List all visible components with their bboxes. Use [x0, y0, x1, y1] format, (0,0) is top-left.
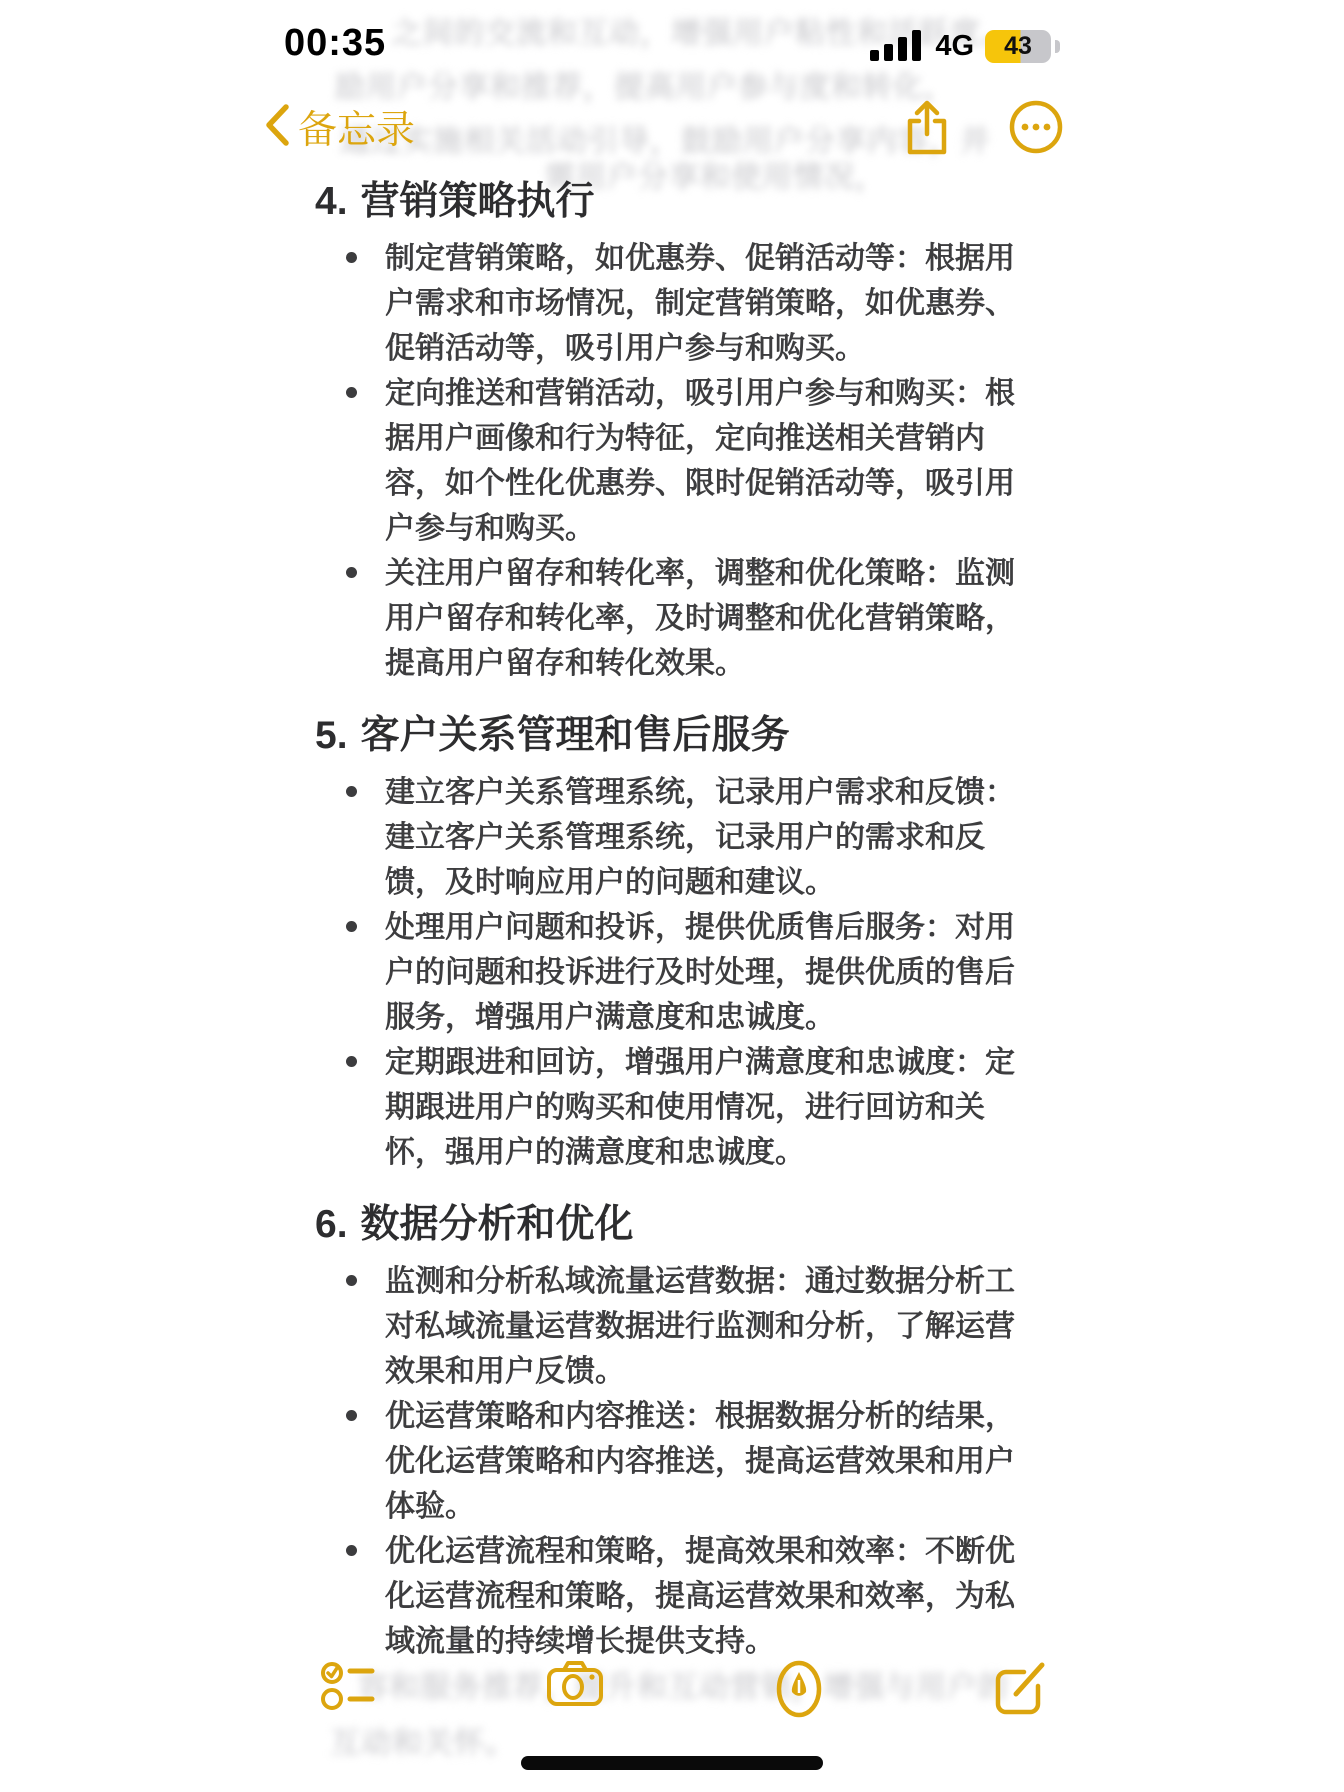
bullet-item: 制定营销策略，如优惠券、促销活动等：根据用户需求和市场情况，制定营销策略，如优惠…	[315, 236, 1021, 371]
bullet-list: 建立客户关系管理系统，记录用户需求和反馈：建立客户关系管理系统，记录用户的需求和…	[315, 770, 1021, 1175]
note-section: 5.客户关系管理和售后服务建立客户关系管理系统，记录用户需求和反馈：建立客户关系…	[315, 710, 1021, 1175]
note-section: 6.数据分析和优化监测和分析私域流量运营数据：通过数据分析工对私域流量运营数据进…	[315, 1199, 1021, 1664]
bullet-text: 监测和分析私域流量运营数据：通过数据分析工对私域流量运营数据进行监测和分析，了解…	[385, 1259, 1021, 1394]
markup-pen-icon[interactable]	[774, 1660, 824, 1723]
bullet-text: 处理用户问题和投诉，提供优质售后服务：对用户的问题和投诉进行及时处理，提供优质的…	[385, 905, 1021, 1040]
section-title: 营销策略执行	[361, 176, 595, 228]
bullet-list: 监测和分析私域流量运营数据：通过数据分析工对私域流量运营数据进行监测和分析，了解…	[315, 1259, 1021, 1664]
section-number: 6.	[315, 1199, 348, 1251]
nav-bar: 备忘录	[258, 94, 1086, 160]
note-section: 4.营销策略执行制定营销策略，如优惠券、促销活动等：根据用户需求和市场情况，制定…	[315, 176, 1021, 686]
bullet-item: 定向推送和营销活动，吸引用户参与和购买：根据用户画像和行为特征，定向推送相关营销…	[315, 371, 1021, 551]
network-type-label: 4G	[935, 30, 974, 63]
chevron-left-icon	[264, 103, 290, 152]
bullet-item: 监测和分析私域流量运营数据：通过数据分析工对私域流量运营数据进行监测和分析，了解…	[315, 1259, 1021, 1394]
bullet-text: 制定营销策略，如优惠券、促销活动等：根据用户需求和市场情况，制定营销策略，如优惠…	[385, 236, 1021, 371]
section-number: 4.	[315, 176, 348, 228]
clock-time: 00:35	[284, 22, 386, 65]
bullet-item: 关注用户留存和转化率，调整和优化策略：监测用户留存和转化率，及时调整和优化营销策…	[315, 551, 1021, 686]
bullet-text: 定期跟进和回访，增强用户满意度和忠诚度：定期跟进用户的购买和使用情况，进行回访和…	[385, 1040, 1021, 1175]
bullet-dot-icon	[346, 921, 357, 932]
bullet-dot-icon	[346, 1056, 357, 1067]
bullet-item: 优运营策略和内容推送：根据数据分析的结果，优化运营策略和内容推送，提高运营效果和…	[315, 1394, 1021, 1529]
bullet-item: 优化运营流程和策略，提高效果和效率：不断优化运营流程和策略，提高运营效果和效率，…	[315, 1529, 1021, 1664]
back-button[interactable]: 备忘录	[264, 99, 415, 155]
ellipsis-circle-icon[interactable]	[1008, 99, 1064, 155]
note-body[interactable]: 4.营销策略执行制定营销策略，如优惠券、促销活动等：根据用户需求和市场情况，制定…	[315, 176, 1021, 1664]
section-heading: 5.客户关系管理和售后服务	[315, 710, 1021, 762]
home-indicator[interactable]	[521, 1756, 823, 1770]
bullet-text: 定向推送和营销活动，吸引用户参与和购买：根据用户画像和行为特征，定向推送相关营销…	[385, 371, 1021, 551]
share-icon[interactable]	[904, 98, 950, 156]
section-heading: 4.营销策略执行	[315, 176, 1021, 228]
phone-screen: 之间的交流和互动，增强用户粘性和活跃度。 励用户分享和推荐，提高用户参与度和转化…	[258, 0, 1086, 1792]
status-bar: 00:35 4G 43	[258, 20, 1086, 68]
section-title: 数据分析和优化	[361, 1199, 634, 1251]
bullet-dot-icon	[346, 1275, 357, 1286]
camera-icon[interactable]	[546, 1660, 604, 1713]
section-heading: 6.数据分析和优化	[315, 1199, 1021, 1251]
bullet-item: 建立客户关系管理系统，记录用户需求和反馈：建立客户关系管理系统，记录用户的需求和…	[315, 770, 1021, 905]
signal-bars-icon	[870, 26, 924, 67]
back-button-label: 备忘录	[298, 99, 415, 155]
battery-icon: 43	[985, 30, 1051, 63]
battery-nub	[1055, 40, 1060, 53]
checklist-icon[interactable]	[320, 1660, 376, 1717]
bullet-text: 建立客户关系管理系统，记录用户需求和反馈：建立客户关系管理系统，记录用户的需求和…	[385, 770, 1021, 905]
status-indicators: 4G 43	[870, 26, 1060, 67]
bullet-dot-icon	[346, 1410, 357, 1421]
battery-percent: 43	[1004, 32, 1032, 61]
bullet-list: 制定营销策略，如优惠券、促销活动等：根据用户需求和市场情况，制定营销策略，如优惠…	[315, 236, 1021, 686]
nav-actions	[904, 98, 1064, 156]
section-number: 5.	[315, 710, 348, 762]
bullet-item: 定期跟进和回访，增强用户满意度和忠诚度：定期跟进用户的购买和使用情况，进行回访和…	[315, 1040, 1021, 1175]
compose-icon[interactable]	[994, 1660, 1050, 1721]
bottom-toolbar	[258, 1646, 1086, 1750]
bullet-item: 处理用户问题和投诉，提供优质售后服务：对用户的问题和投诉进行及时处理，提供优质的…	[315, 905, 1021, 1040]
bullet-dot-icon	[346, 786, 357, 797]
bullet-text: 优化运营流程和策略，提高效果和效率：不断优化运营流程和策略，提高运营效果和效率，…	[385, 1529, 1021, 1664]
bullet-dot-icon	[346, 387, 357, 398]
bullet-text: 优运营策略和内容推送：根据数据分析的结果，优化运营策略和内容推送，提高运营效果和…	[385, 1394, 1021, 1529]
bullet-text: 关注用户留存和转化率，调整和优化策略：监测用户留存和转化率，及时调整和优化营销策…	[385, 551, 1021, 686]
bullet-dot-icon	[346, 252, 357, 263]
section-title: 客户关系管理和售后服务	[361, 710, 790, 762]
bullet-dot-icon	[346, 1545, 357, 1556]
bullet-dot-icon	[346, 567, 357, 578]
